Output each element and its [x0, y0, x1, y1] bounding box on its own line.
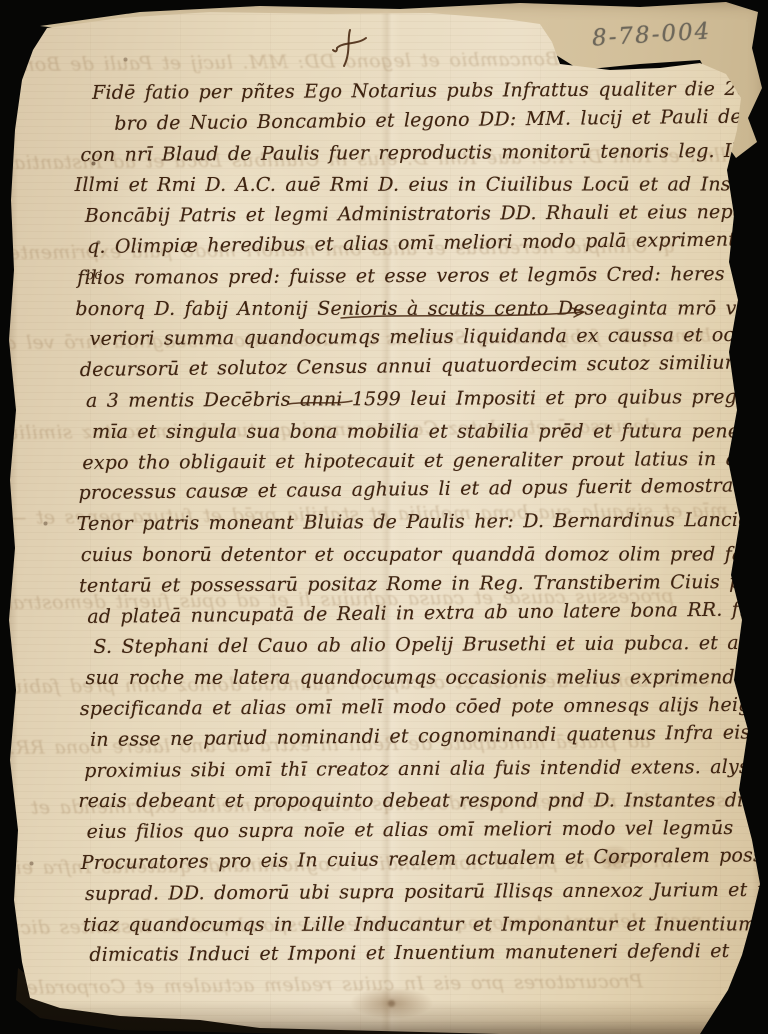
- year-underline-stroke: [286, 398, 356, 408]
- marginal-insertion: bo: [85, 267, 102, 283]
- manuscript-line: dimicatis Induci et Imponi et Inuentium …: [89, 936, 745, 971]
- manuscript-line: decursorū et solutoz Census annui quatuo…: [80, 348, 742, 386]
- manuscript-line: filios romanos pred: fuisse et esse vero…: [77, 259, 741, 294]
- manuscript-line: S. Stephani del Cauo ab alio Opelij Brus…: [93, 628, 743, 663]
- manuscript-line: proximius sibi omī thī creatoz anni alia…: [84, 751, 744, 786]
- manuscript-line: tiaz quandocumqs in Lille Inducantur et …: [83, 909, 745, 940]
- manuscript-line: suprad. DD. domorū ubi supra positarū Il…: [85, 875, 745, 910]
- manuscript-line: Tenor patris moneant Bluias de Paulis he…: [77, 505, 743, 540]
- manuscript-scan: bro de Nucio Boncambio et legono DD: MM.…: [0, 0, 768, 1034]
- manuscript-line: processus causæ et causa aghuius li et a…: [78, 471, 742, 509]
- manuscript-line: con nrī Blaud de Paulis fuer reproductis…: [80, 136, 740, 171]
- manuscript-text: Fidē fatio per pñtes Ego Notarius pubs I…: [74, 74, 745, 971]
- manuscript-line: sua roche me latera quandocumqs occasion…: [86, 663, 744, 694]
- manuscript-line: q. Olimpiæ heredibus et alias omī melior…: [87, 224, 741, 262]
- manuscript-line: bro de Nucio Boncambio et legono DD: MM.…: [114, 101, 740, 139]
- underline-stroke: [338, 306, 600, 324]
- manuscript-line: a 3 mentis Decēbris anni 1599 leui Impos…: [86, 382, 742, 417]
- manuscript-line: in esse ne pariud nominandi et cognomina…: [90, 717, 744, 755]
- bleedthrough-line: Procuratores pro eis In cuius realem act…: [0, 970, 643, 1000]
- manuscript-line: reais debeant et propoquinto debeat resp…: [78, 786, 744, 817]
- manuscript-page: bro de Nucio Boncambio et legono DD: MM.…: [0, 0, 768, 1034]
- photograph-background: { "photo": { "background_color": "#06060…: [0, 0, 768, 1034]
- ink-specks: [0, 0, 3, 3]
- manuscript-line: Procuratores pro eis In cuius realem act…: [81, 840, 745, 878]
- invocation-cross-icon: [328, 26, 370, 70]
- manuscript-line: cuius bonorū detentor et occupator quand…: [81, 539, 743, 570]
- manuscript-line: Illmi et Rmi D. A.C. auē Rmi D. eius in …: [75, 170, 741, 201]
- manuscript-line: mīa et singula sua bona mobilia et stabi…: [92, 416, 742, 447]
